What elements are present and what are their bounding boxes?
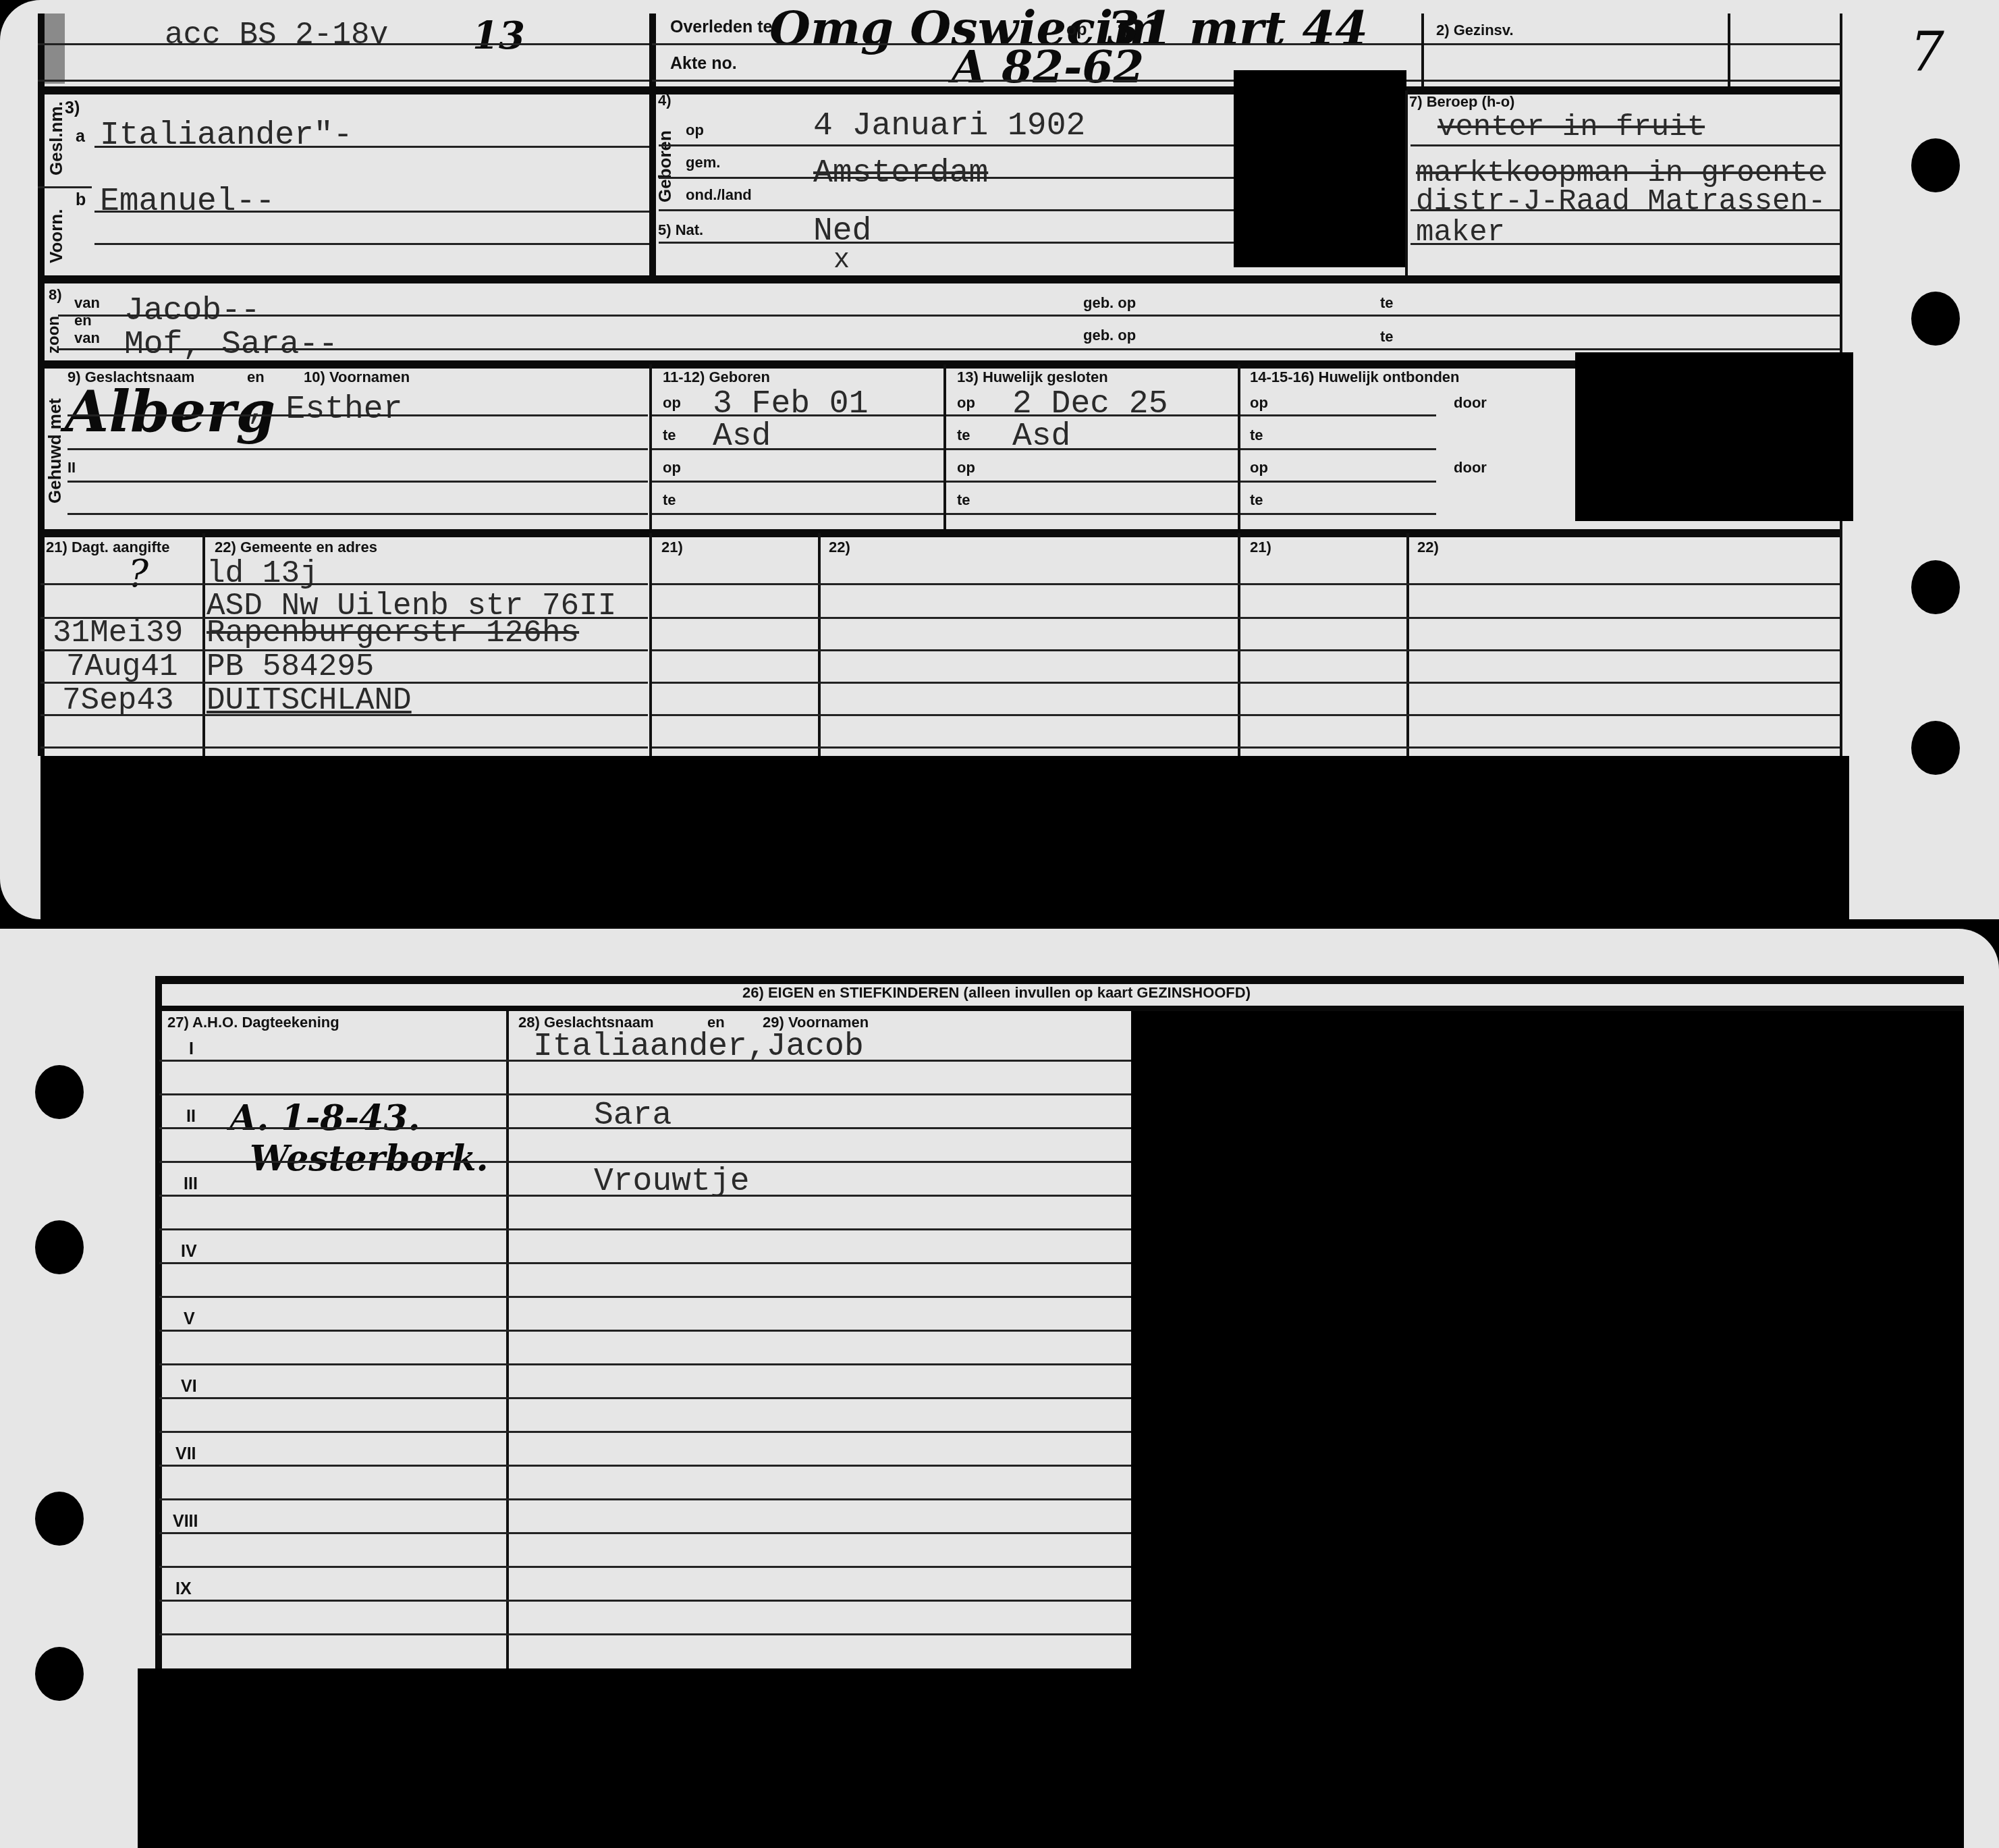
given-names-line xyxy=(94,211,649,213)
address-2: Rapenburgerstr 126hs xyxy=(207,616,579,651)
address-3: PB 584295 xyxy=(207,649,374,684)
child-row-numeral: IV xyxy=(181,1242,197,1261)
occupation-label: 7) Beroep (h-o) xyxy=(1409,93,1514,111)
corner-mark: 7 xyxy=(1910,20,1944,83)
given-names: Emanuel-- xyxy=(100,184,275,220)
child-row-line xyxy=(159,1330,1131,1332)
spouse-geboren-label: 11-12) Geboren xyxy=(663,369,770,386)
bottom-children-card: 26) EIGEN en STIEFKINDEREN (alleen invul… xyxy=(0,929,1999,1848)
child-row-line xyxy=(159,1498,1131,1500)
marriage-te2-label: te xyxy=(957,491,970,509)
spouse-line-3 xyxy=(67,481,648,483)
mother-line xyxy=(58,348,1840,350)
divider-gezinsv-right xyxy=(1728,13,1730,90)
dissolved-op-label: op xyxy=(1250,394,1268,412)
redaction-block-2 xyxy=(1575,352,1853,521)
dissolved-line-2 xyxy=(1240,448,1436,450)
surname: Italiaander"- xyxy=(100,117,352,154)
right-address-line-2 xyxy=(652,649,1840,651)
address-date-3: 7Aug41 xyxy=(66,649,178,684)
child-row-line xyxy=(159,1600,1131,1602)
akte-label: Akte no. xyxy=(670,54,737,74)
top-registration-card: acc BS 2-18v 13 Overleden te Omg Oswieci… xyxy=(0,0,1999,919)
child-row-numeral: VI xyxy=(181,1377,197,1396)
spouse-birth-date: 3 Feb 01 xyxy=(713,386,868,423)
spouse-voornamen-label: 10) Voornamen xyxy=(304,369,410,386)
marriage-line-2 xyxy=(946,448,1238,450)
address-line-4 xyxy=(40,714,648,716)
spouse-surname: Alberg xyxy=(65,378,275,445)
gezinsv-label: 2) Gezinsv. xyxy=(1436,22,1514,39)
occupation-rule-2 xyxy=(1411,209,1840,211)
child-row-line xyxy=(159,1262,1131,1264)
child-row-line xyxy=(159,1228,1131,1230)
nat-extra-mark: x xyxy=(833,246,850,276)
mother-geb-op-label: geb. op xyxy=(1083,327,1136,344)
spouse-birth-line-1 xyxy=(652,414,943,416)
child-row-numeral: IX xyxy=(175,1579,192,1599)
mother-te-label: te xyxy=(1380,328,1394,346)
mother-name: Mof, Sara-- xyxy=(124,327,338,363)
dissolved-line-4 xyxy=(1240,513,1436,515)
header-line-3 xyxy=(652,43,1840,45)
occupation-rule-1 xyxy=(1411,144,1840,146)
gehuwd-met-vertical-label: Gehuwd met xyxy=(45,398,65,504)
aho-note-line-1: A. 1-8-43. xyxy=(229,1097,420,1139)
birth-date-line xyxy=(659,144,1239,146)
address-line-0 xyxy=(40,583,648,585)
dissolved-label: 14-15-16) Huwelijk ontbonden xyxy=(1250,369,1460,386)
divider-gezinsv-left xyxy=(1421,13,1424,90)
birth-place: Amsterdam xyxy=(813,155,988,192)
dissolved-op2-label: op xyxy=(1250,459,1268,477)
address-date-0: ? xyxy=(128,552,148,596)
punch-hole xyxy=(1911,138,1960,192)
address-line-5 xyxy=(40,746,648,749)
b-label: b xyxy=(76,190,86,210)
gemeente-adres-label: 22) Gemeente en adres xyxy=(215,539,377,556)
spouse-line-1 xyxy=(67,414,648,416)
spouse-line-2 xyxy=(67,448,648,450)
spouse-birth-te-label: te xyxy=(663,427,676,444)
birth-section-number: 4) xyxy=(658,92,672,109)
occupation-rule-3 xyxy=(1411,243,1840,245)
divider-address-date xyxy=(202,533,205,756)
spouse-line-4 xyxy=(67,513,648,515)
marriage-line-1 xyxy=(946,414,1238,416)
nationality: Ned xyxy=(813,213,871,250)
father-geb-op-label: geb. op xyxy=(1083,294,1136,312)
child-row-numeral: II xyxy=(186,1107,196,1126)
dissolved-te2-label: te xyxy=(1250,491,1263,509)
divider-col21b xyxy=(649,533,652,756)
punch-hole xyxy=(1911,721,1960,775)
child-row-line xyxy=(159,1161,1131,1163)
dissolved-door2-label: door xyxy=(1454,459,1487,477)
a-label: a xyxy=(76,127,85,146)
marriage-date: 2 Dec 25 xyxy=(1012,386,1168,423)
right-address-line-4 xyxy=(652,714,1840,716)
address-date-2: 31Mei39 xyxy=(53,616,183,651)
mother-van-label: van xyxy=(74,329,100,347)
header-line-2 xyxy=(38,80,652,82)
nat-line xyxy=(659,242,1239,244)
gesl-vertical-label: Gesl.nm. xyxy=(46,101,67,175)
punch-hole xyxy=(1911,292,1960,346)
child-row-line xyxy=(159,1296,1131,1298)
death-date: 31 mrt 44 xyxy=(1107,0,1368,56)
spouse-birth-line-2 xyxy=(652,448,943,450)
father-van-label: van xyxy=(74,294,100,312)
child-row-line xyxy=(159,1431,1131,1433)
birth-op-label: op xyxy=(686,121,704,139)
geboren-vertical-label: Geboren xyxy=(655,130,676,202)
marriage-op2-label: op xyxy=(957,459,975,477)
marriage-line-3 xyxy=(946,481,1238,483)
children-header: 26) EIGEN en STIEFKINDEREN (alleen invul… xyxy=(742,984,1251,1002)
spouse-birth-line-3 xyxy=(652,481,943,483)
father-te-label: te xyxy=(1380,294,1394,312)
occupation-line-3: distr-J-Raad Matrassen- xyxy=(1416,185,1826,219)
punch-hole xyxy=(1911,560,1960,614)
child-row-line xyxy=(159,1633,1131,1635)
overleden-label: Overleden te xyxy=(670,18,772,37)
punch-hole xyxy=(35,1065,84,1119)
right-address-line-5 xyxy=(652,746,1840,749)
col21-label-c: 21) xyxy=(1250,539,1271,556)
child-row-numeral: VIII xyxy=(173,1512,198,1531)
frame-left xyxy=(38,13,45,756)
child-row-line xyxy=(159,1127,1131,1129)
punch-hole xyxy=(35,1220,84,1274)
section-divider-4 xyxy=(38,529,1840,537)
surname-line xyxy=(94,146,649,148)
akte-number: A 82-62 xyxy=(952,40,1144,93)
gem-label: gem. xyxy=(686,154,720,171)
child-row-line xyxy=(159,1397,1131,1399)
child-row-line xyxy=(159,1465,1131,1467)
address-0: ld 13j xyxy=(207,556,319,591)
ond-line xyxy=(659,209,1239,211)
spouse-birth-line-4 xyxy=(652,513,943,515)
divider-col22b xyxy=(818,533,821,756)
dissolved-line-1 xyxy=(1240,414,1436,416)
punch-hole xyxy=(35,1647,84,1701)
name-extra-line xyxy=(94,243,649,245)
child-row-numeral: VII xyxy=(175,1444,196,1464)
dissolved-te-label: te xyxy=(1250,427,1263,444)
address-4: DUITSCHLAND xyxy=(207,683,412,718)
nat-label: 5) Nat. xyxy=(658,221,703,239)
redaction-block-3 xyxy=(40,756,1849,919)
spouse-birth-op2-label: op xyxy=(663,459,681,477)
right-address-line-3 xyxy=(652,682,1840,684)
redaction-block-1 xyxy=(1234,70,1406,267)
occupation-line-1: venter-in-fruit xyxy=(1437,111,1705,144)
col22-label-b: 22) xyxy=(829,539,850,556)
archive-ref: acc BS 2-18v xyxy=(165,18,388,53)
section-divider-2 xyxy=(38,275,1840,283)
section-divider-1 xyxy=(38,86,1840,94)
aho-note-line-2: Westerbork. xyxy=(250,1138,489,1179)
spouse-given-name: , Esther xyxy=(247,391,402,428)
child-row-numeral: III xyxy=(184,1174,198,1194)
divider-col21c xyxy=(1238,533,1240,756)
marriage-line-4 xyxy=(946,513,1238,515)
col22-label-c: 22) xyxy=(1417,539,1439,556)
parents-section-number: 8) xyxy=(49,286,62,304)
birth-date: 4 Januari 1902 xyxy=(813,108,1085,144)
redaction-block-4 xyxy=(1131,1011,1964,1848)
dissolved-door-label: door xyxy=(1454,394,1487,412)
marriage-gesloten-label: 13) Huwelijk gesloten xyxy=(957,369,1108,386)
divider-occupation xyxy=(1405,90,1408,277)
col21-label-b: 21) xyxy=(661,539,683,556)
spouse-birth-te2-label: te xyxy=(663,491,676,509)
address-date-4: 7Sep43 xyxy=(62,683,174,718)
child-row-line xyxy=(159,1195,1131,1197)
child-row-line xyxy=(159,1566,1131,1568)
spouse-birth-op-label: op xyxy=(663,394,681,412)
right-address-line-1 xyxy=(652,617,1840,619)
ond-land-label: ond./land xyxy=(686,186,752,204)
child-row-numeral: I xyxy=(189,1039,194,1059)
marriage-II-label: II xyxy=(67,459,76,477)
children-header-border xyxy=(155,1006,1964,1011)
child-row-line xyxy=(159,1532,1131,1534)
marriage-te-label: te xyxy=(957,427,970,444)
dissolved-line-3 xyxy=(1240,481,1436,483)
gesl-voorn-divider xyxy=(38,186,92,188)
child-row-line xyxy=(159,1093,1131,1095)
name-section-number: 3) xyxy=(65,99,80,118)
father-line xyxy=(58,315,1840,317)
child-row-line xyxy=(159,1060,1131,1062)
punch-hole xyxy=(35,1492,84,1546)
children-top-border xyxy=(155,976,1964,984)
father-name: Jacob-- xyxy=(124,293,261,329)
aho-label: 27) A.H.O. Dagteekening xyxy=(167,1014,339,1031)
birth-place-line xyxy=(659,177,1239,179)
right-address-line-0 xyxy=(652,583,1840,585)
voorn-vertical-label: Voorn. xyxy=(46,209,67,263)
archive-mark: 13 xyxy=(472,13,525,58)
redaction-block-5 xyxy=(138,1668,1137,1848)
child-row-line xyxy=(159,1363,1131,1365)
death-op-label: op xyxy=(1066,20,1087,40)
divider-col22c xyxy=(1406,533,1409,756)
marriage-op-label: op xyxy=(957,394,975,412)
child-row-numeral: V xyxy=(184,1309,195,1329)
section-divider-3 xyxy=(38,360,1840,369)
header-line-1 xyxy=(38,43,652,45)
dagt-aangifte-label: 21) Dagt. aangifte xyxy=(46,539,169,556)
